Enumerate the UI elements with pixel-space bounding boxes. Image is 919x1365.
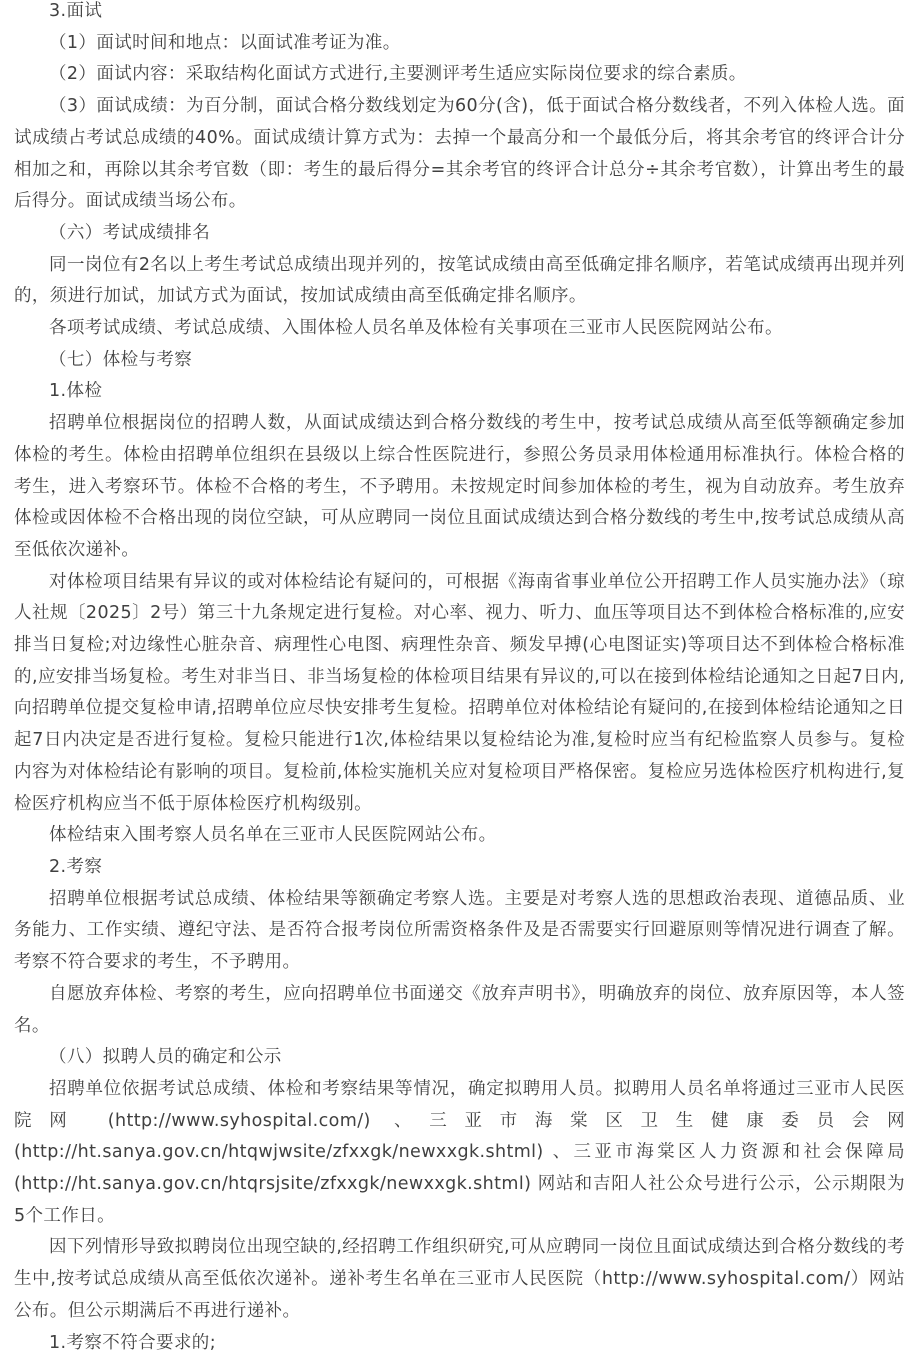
paragraph-19: 1.考察不符合要求的; [14, 1328, 905, 1360]
paragraph-3: （2）面试内容：采取结构化面试方式进行,主要测评考生适应实际岗位要求的综合素质。 [14, 59, 905, 91]
paragraph-9: 1.体检 [14, 376, 905, 408]
paragraph-7: 各项考试成绩、考试总成绩、入围体检人员名单及体检有关事项在三亚市人民医院网站公布… [14, 313, 905, 345]
paragraph-4: （3）面试成绩：为百分制，面试合格分数线划定为60分(含)，低于面试合格分数线者… [14, 91, 905, 218]
paragraph-17: 招聘单位依据考试总成绩、体检和考察结果等情况，确定拟聘用人员。拟聘用人员名单将通… [14, 1074, 905, 1233]
page: 3.面试（1）面试时间和地点：以面试准考证为准。（2）面试内容：采取结构化面试方… [0, 0, 919, 1365]
paragraph-10: 招聘单位根据岗位的招聘人数，从面试成绩达到合格分数线的考生中，按考试总成绩从高至… [14, 408, 905, 567]
paragraph-12: 体检结束入围考察人员名单在三亚市人民医院网站公布。 [14, 820, 905, 852]
paragraph-15: 自愿放弃体检、考察的考生，应向招聘单位书面递交《放弃声明书》，明确放弃的岗位、放… [14, 979, 905, 1042]
paragraph-18: 因下列情形导致拟聘岗位出现空缺的,经招聘工作组织研究,可从应聘同一岗位且面试成绩… [14, 1232, 905, 1327]
paragraph-1: 3.面试 [14, 0, 905, 28]
paragraph-11: 对体检项目结果有异议的或对体检结论有疑问的，可根据《海南省事业单位公开招聘工作人… [14, 567, 905, 821]
paragraph-14: 招聘单位根据考试总成绩、体检结果等额确定考察人选。主要是对考察人选的思想政治表现… [14, 884, 905, 979]
paragraph-8: （七）体检与考察 [14, 345, 905, 377]
paragraph-5: （六）考试成绩排名 [14, 218, 905, 250]
document-body: 3.面试（1）面试时间和地点：以面试准考证为准。（2）面试内容：采取结构化面试方… [0, 0, 919, 1359]
paragraph-2: （1）面试时间和地点：以面试准考证为准。 [14, 28, 905, 60]
paragraph-6: 同一岗位有2名以上考生考试总成绩出现并列的，按笔试成绩由高至低确定排名顺序，若笔… [14, 250, 905, 313]
paragraph-13: 2.考察 [14, 852, 905, 884]
paragraph-16: （八）拟聘人员的确定和公示 [14, 1042, 905, 1074]
